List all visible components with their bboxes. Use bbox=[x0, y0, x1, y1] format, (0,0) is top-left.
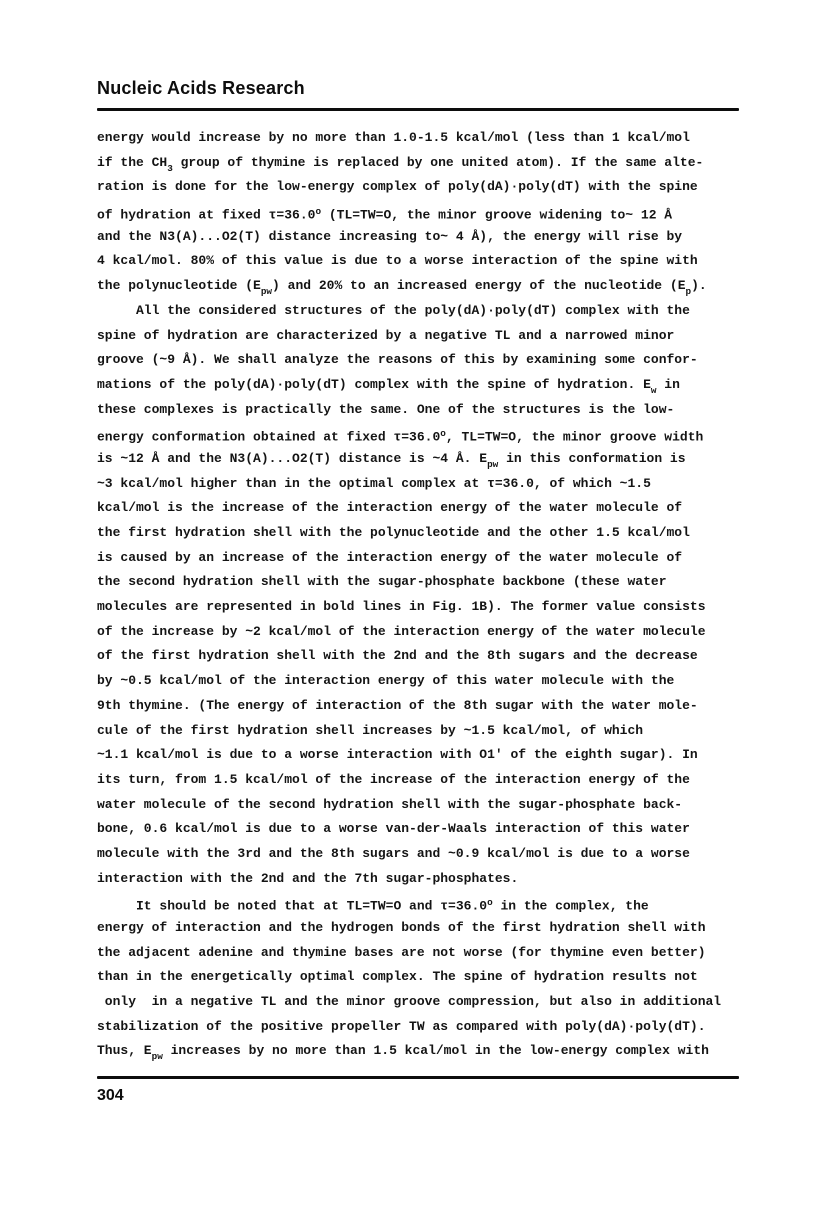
text-line: of the increase by ~2 kcal/mol of the in… bbox=[97, 620, 757, 645]
text-line: its turn, from 1.5 kcal/mol of the incre… bbox=[97, 768, 757, 793]
text-line: bone, 0.6 kcal/mol is due to a worse van… bbox=[97, 817, 757, 842]
superscript: o bbox=[487, 897, 493, 908]
subscript: p bbox=[686, 286, 692, 297]
superscript: o bbox=[440, 428, 446, 439]
text-line: than in the energetically optimal comple… bbox=[97, 965, 757, 990]
text-line: groove (~9 Å). We shall analyze the reas… bbox=[97, 348, 757, 373]
journal-title: Nucleic Acids Research bbox=[97, 78, 739, 99]
text-line: the polynucleotide (Epw) and 20% to an i… bbox=[97, 274, 757, 299]
text-line: interaction with the 2nd and the 7th sug… bbox=[97, 867, 757, 892]
text-line: 9th thymine. (The energy of interaction … bbox=[97, 694, 757, 719]
text-line: the adjacent adenine and thymine bases a… bbox=[97, 941, 757, 966]
text-line: All the considered structures of the pol… bbox=[97, 299, 757, 324]
subscript: pw bbox=[487, 459, 498, 470]
text-line: mations of the poly(dA)·poly(dT) complex… bbox=[97, 373, 757, 398]
text-line: molecule with the 3rd and the 8th sugars… bbox=[97, 842, 757, 867]
body-text: energy would increase by no more than 1.… bbox=[97, 126, 757, 1064]
subscript: pw bbox=[261, 286, 272, 297]
text-line: of hydration at fixed τ=36.0o (TL=TW=O, … bbox=[97, 200, 757, 225]
text-line: water molecule of the second hydration s… bbox=[97, 793, 757, 818]
text-line: the second hydration shell with the suga… bbox=[97, 570, 757, 595]
text-line: energy would increase by no more than 1.… bbox=[97, 126, 757, 151]
text-line: and the N3(A)...O2(T) distance increasin… bbox=[97, 225, 757, 250]
subscript: pw bbox=[152, 1052, 163, 1063]
text-line: only in a negative TL and the minor groo… bbox=[97, 990, 757, 1015]
text-line: the first hydration shell with the polyn… bbox=[97, 521, 757, 546]
text-line: ration is done for the low-energy comple… bbox=[97, 175, 757, 200]
text-line: is caused by an increase of the interact… bbox=[97, 546, 757, 571]
text-line: cule of the first hydration shell increa… bbox=[97, 719, 757, 744]
footer-rule bbox=[97, 1076, 739, 1079]
subscript: w bbox=[651, 385, 657, 396]
text-line: spine of hydration are characterized by … bbox=[97, 324, 757, 349]
text-line: energy of interaction and the hydrogen b… bbox=[97, 916, 757, 941]
text-line: ~1.1 kcal/mol is due to a worse interact… bbox=[97, 743, 757, 768]
superscript: o bbox=[315, 206, 321, 217]
text-line: by ~0.5 kcal/mol of the interaction ener… bbox=[97, 669, 757, 694]
subscript: 3 bbox=[167, 163, 173, 174]
text-line: these complexes is practically the same.… bbox=[97, 398, 757, 423]
text-line: stabilization of the positive propeller … bbox=[97, 1015, 757, 1040]
text-line: 4 kcal/mol. 80% of this value is due to … bbox=[97, 249, 757, 274]
page-footer: 304 bbox=[97, 1076, 739, 1105]
journal-page: Nucleic Acids Research energy would incr… bbox=[0, 0, 816, 1222]
text-line: is ~12 Å and the N3(A)...O2(T) distance … bbox=[97, 447, 757, 472]
text-line: It should be noted that at TL=TW=O and τ… bbox=[97, 891, 757, 916]
header-rule bbox=[97, 108, 739, 111]
page-number: 304 bbox=[97, 1087, 739, 1105]
text-line: if the CH3 group of thymine is replaced … bbox=[97, 151, 757, 176]
page-header: Nucleic Acids Research bbox=[97, 78, 739, 111]
text-line: energy conformation obtained at fixed τ=… bbox=[97, 422, 757, 447]
text-line: kcal/mol is the increase of the interact… bbox=[97, 496, 757, 521]
text-line: Thus, Epw increases by no more than 1.5 … bbox=[97, 1039, 757, 1064]
text-line: of the first hydration shell with the 2n… bbox=[97, 644, 757, 669]
text-line: molecules are represented in bold lines … bbox=[97, 595, 757, 620]
text-line: ~3 kcal/mol higher than in the optimal c… bbox=[97, 472, 757, 497]
